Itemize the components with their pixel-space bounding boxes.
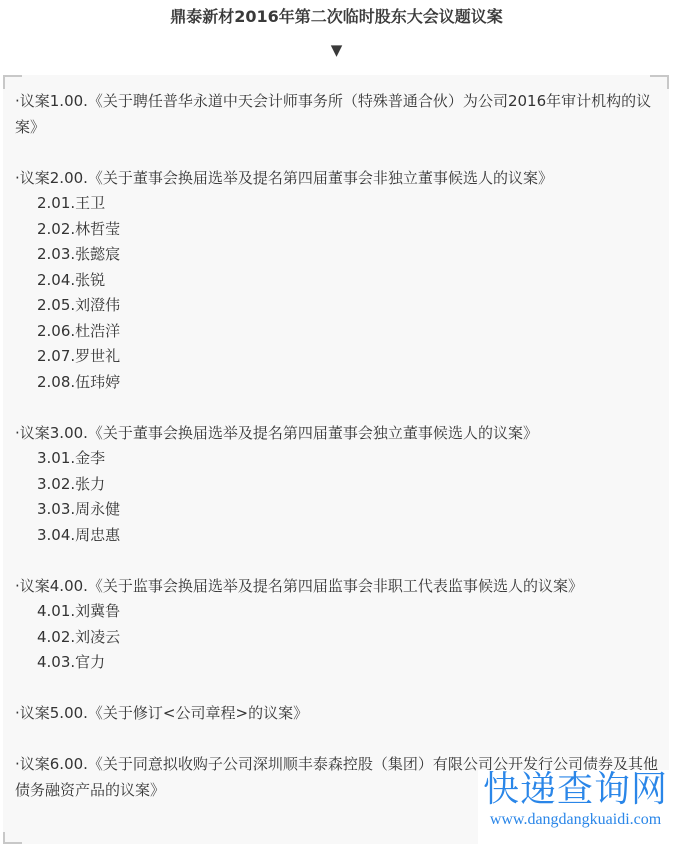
candidate-item: 4.02.刘凌云 [15, 625, 659, 651]
candidate-item: 2.08.伍玮婷 [15, 370, 659, 396]
candidate-item: 2.04.张锐 [15, 268, 659, 294]
candidate-item: 4.01.刘冀鲁 [15, 599, 659, 625]
motions-box: ·议案1.00.《关于聘任普华永道中天会计师事务所（特殊普通合伙）为公司2016… [3, 75, 669, 844]
watermark-name: 快递查询网 [478, 770, 673, 810]
candidate-item: 2.06.杜浩洋 [15, 319, 659, 345]
motion-3: ·议案3.00.《关于董事会换届选举及提名第四届董事会独立董事候选人的议案》 3… [15, 421, 659, 549]
candidate-item: 4.03.官力 [15, 650, 659, 676]
motion-5: ·议案5.00.《关于修订<公司章程>的议案》 [15, 701, 659, 727]
candidate-item: 2.03.张懿宸 [15, 242, 659, 268]
candidate-list: 2.01.王卫 2.02.林哲莹 2.03.张懿宸 2.04.张锐 2.05.刘… [15, 191, 659, 395]
corner-bracket-top-right [650, 75, 669, 89]
candidate-item: 2.01.王卫 [15, 191, 659, 217]
candidate-item: 2.07.罗世礼 [15, 344, 659, 370]
down-arrow-icon: ▼ [0, 40, 673, 60]
motion-title: ·议案3.00.《关于董事会换届选举及提名第四届董事会独立董事候选人的议案》 [15, 421, 659, 447]
motion-title: ·议案5.00.《关于修订<公司章程>的议案》 [15, 701, 659, 727]
candidate-item: 2.02.林哲莹 [15, 217, 659, 243]
candidate-list: 4.01.刘冀鲁 4.02.刘凌云 4.03.官力 [15, 599, 659, 676]
watermark-url: www.dangdangkuaidi.com [478, 810, 673, 844]
candidate-item: 3.01.金李 [15, 446, 659, 472]
candidate-item: 3.04.周忠惠 [15, 523, 659, 549]
candidate-item: 2.05.刘澄伟 [15, 293, 659, 319]
page-title: 鼎泰新材2016年第二次临时股东大会议题议案 [0, 5, 673, 29]
corner-bracket-bottom-left [3, 832, 22, 844]
candidate-item: 3.02.张力 [15, 472, 659, 498]
corner-bracket-top-left [3, 75, 22, 89]
candidate-list: 3.01.金李 3.02.张力 3.03.周永健 3.04.周忠惠 [15, 446, 659, 548]
motion-title: ·议案4.00.《关于监事会换届选举及提名第四届监事会非职工代表监事候选人的议案… [15, 574, 659, 600]
motion-1: ·议案1.00.《关于聘任普华永道中天会计师事务所（特殊普通合伙）为公司2016… [15, 89, 659, 140]
motion-2: ·议案2.00.《关于董事会换届选举及提名第四届董事会非独立董事候选人的议案》 … [15, 166, 659, 396]
motion-4: ·议案4.00.《关于监事会换届选举及提名第四届监事会非职工代表监事候选人的议案… [15, 574, 659, 676]
motion-title: ·议案2.00.《关于董事会换届选举及提名第四届董事会非独立董事候选人的议案》 [15, 166, 659, 192]
watermark: 快递查询网 www.dangdangkuaidi.com [478, 770, 673, 844]
candidate-item: 3.03.周永健 [15, 497, 659, 523]
motion-title: ·议案1.00.《关于聘任普华永道中天会计师事务所（特殊普通合伙）为公司2016… [15, 89, 659, 140]
motions-list: ·议案1.00.《关于聘任普华永道中天会计师事务所（特殊普通合伙）为公司2016… [15, 89, 659, 829]
